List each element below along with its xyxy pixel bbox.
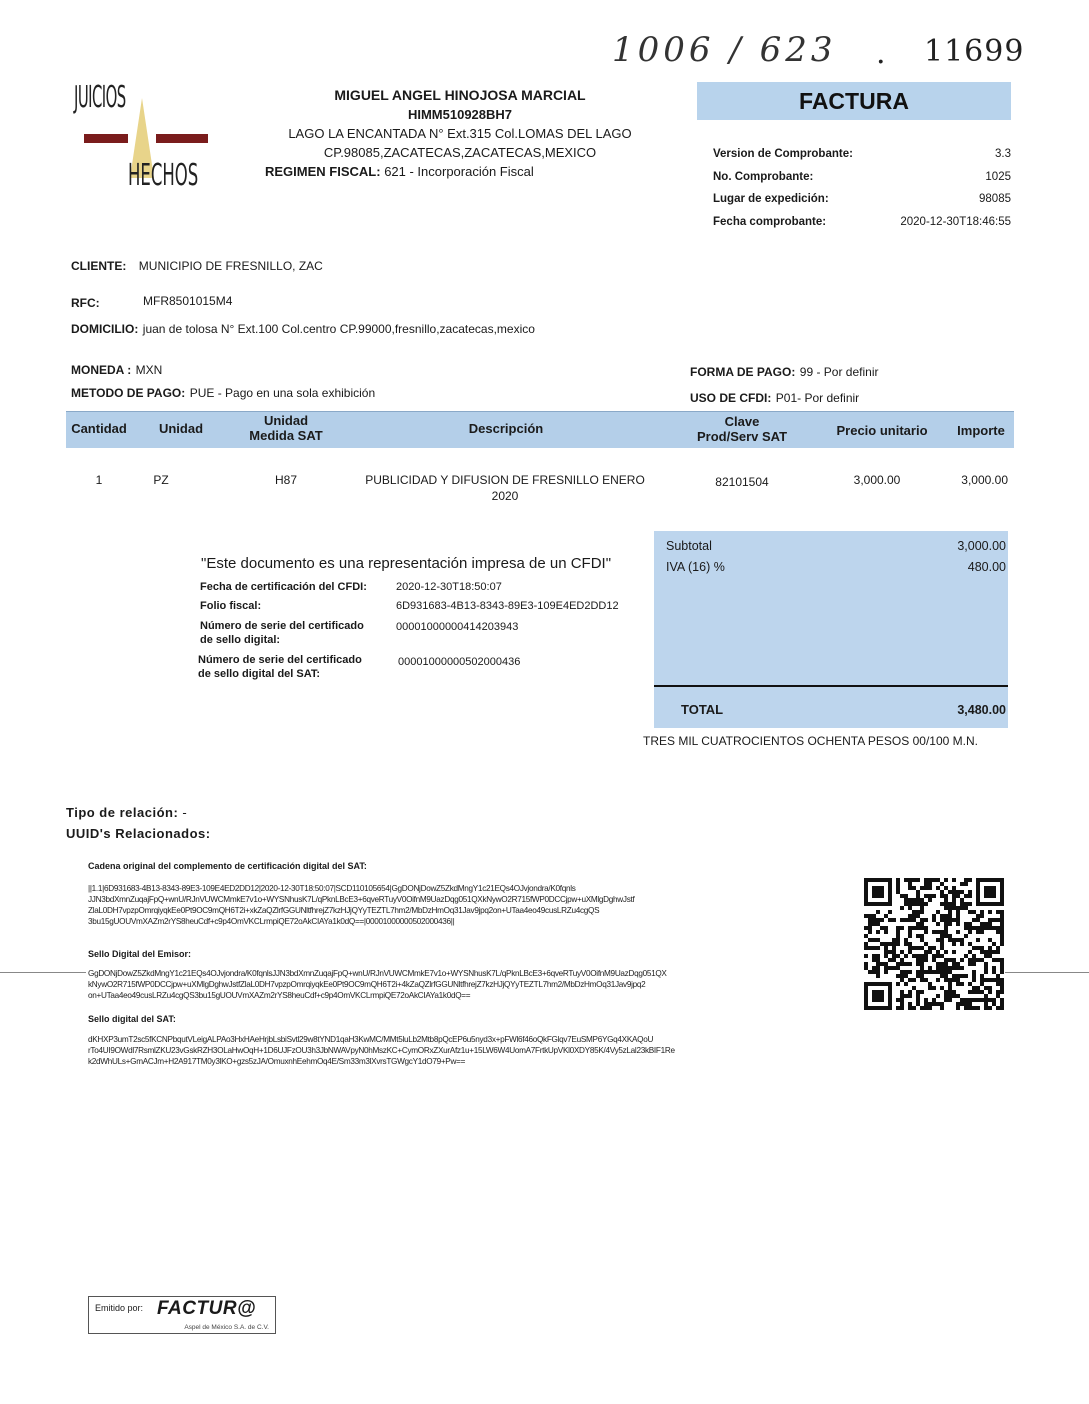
tipo-relacion-label: Tipo de relación: bbox=[66, 805, 178, 820]
items-table-header: Cantidad Unidad Unidad Medida SAT Descri… bbox=[66, 411, 1014, 448]
iva-value: 480.00 bbox=[968, 560, 1006, 574]
cert-folio-label: Folio fiscal: bbox=[200, 600, 261, 612]
cert-serie-sat-value: 00001000000502000436 bbox=[398, 656, 520, 668]
logo-bar-left bbox=[84, 134, 128, 143]
client-row: CLIENTE: MUNICIPIO DE FRESNILLO, ZAC bbox=[71, 257, 323, 275]
facture-brand-logo: FACTUR@ bbox=[157, 1298, 256, 1320]
handwritten-annotation: 1006 / 623 bbox=[612, 30, 837, 70]
cell-cantidad: 1 bbox=[66, 472, 132, 488]
domicilio-value: juan de tolosa N° Ext.100 Col.centro CP.… bbox=[143, 322, 535, 336]
table-row: 1 PZ H87 PUBLICIDAD Y DIFUSION DE FRESNI… bbox=[66, 472, 1014, 512]
cert-label: de sello digital: bbox=[200, 633, 364, 647]
th-descripcion: Descripción bbox=[406, 421, 606, 436]
tipo-relacion-value: - bbox=[182, 805, 187, 820]
meta-value: 98085 bbox=[979, 193, 1011, 205]
meta-row-numero: No. Comprobante: 1025 bbox=[713, 166, 1011, 189]
cert-serie-label: Número de serie del certificado de sello… bbox=[200, 619, 364, 647]
cadena-line: ZlaL0DH7vpzpOmrqiyqkEe0Pt9OC9mQH6T2i+xkZ… bbox=[88, 905, 634, 916]
cadena-original: ||1.1|6D931683-4B13-8343-89E3-109E4ED2DD… bbox=[88, 883, 634, 927]
scan-line bbox=[0, 972, 86, 973]
stamp-dot: . bbox=[876, 36, 887, 71]
totals-divider bbox=[654, 685, 1008, 687]
cell-clave: 82101504 bbox=[686, 474, 798, 490]
metodo-label: METODO DE PAGO: bbox=[71, 386, 185, 400]
forma-row: FORMA DE PAGO: 99 - Por definir bbox=[690, 363, 878, 381]
client-domicilio-row: DOMICILIO: juan de tolosa N° Ext.100 Col… bbox=[71, 320, 535, 338]
total-value: 3,480.00 bbox=[957, 703, 1006, 717]
cell-precio: 3,000.00 bbox=[818, 472, 936, 488]
cert-fecha-label: Fecha de certificación del CFDI: bbox=[200, 581, 367, 593]
meta-row-fecha: Fecha comprobante: 2020-12-30T18:46:55 bbox=[713, 211, 1011, 234]
issuer-regimen: REGIMEN FISCAL: 621 - Incorporación Fisc… bbox=[255, 162, 665, 181]
stamp-number: 11699 bbox=[924, 34, 1024, 69]
sello-sat-line: dKHXP3umT2sc5fKCNPbqutVLeigALPAo3HxHAeHr… bbox=[88, 1034, 675, 1045]
th-clave-line1: Clave bbox=[686, 414, 798, 429]
cert-folio-value: 6D931683-4B13-8343-89E3-109E4ED2DD12 bbox=[396, 600, 619, 612]
th-unidad-sat: Unidad Medida SAT bbox=[236, 413, 336, 443]
issuer-address-line2: CP.98085,ZACATECAS,ZACATECAS,MEXICO bbox=[255, 143, 665, 162]
cert-fecha-value: 2020-12-30T18:50:07 bbox=[396, 581, 502, 593]
th-unidad: Unidad bbox=[146, 421, 216, 436]
forma-label: FORMA DE PAGO: bbox=[690, 365, 795, 379]
emitido-label: Emitido por: bbox=[95, 1303, 143, 1313]
issuer-address-line1: LAGO LA ENCANTADA N° Ext.315 Col.LOMAS D… bbox=[255, 124, 665, 143]
document-meta: Version de Comprobante: 3.3 No. Comproba… bbox=[713, 143, 1011, 233]
sello-sat-line: rTo4UI9OWdl7RsmlZKU23vGskRZH3OLaHwOqH+1D… bbox=[88, 1045, 675, 1056]
qr-code-icon bbox=[864, 877, 1004, 1011]
metodo-value: PUE - Pago en una sola exhibición bbox=[190, 386, 375, 400]
amount-in-words: TRES MIL CUATROCIENTOS OCHENTA PESOS 00/… bbox=[643, 734, 978, 748]
sello-emisor-title: Sello Digital del Emisor: bbox=[88, 949, 191, 959]
moneda-value: MXN bbox=[136, 363, 163, 377]
cfdi-disclaimer: "Este documento es una representación im… bbox=[201, 555, 611, 572]
uso-value: P01- Por definir bbox=[776, 391, 859, 405]
company-logo: JUICIOS HECHOS bbox=[70, 80, 220, 200]
cert-serie-value: 00001000000414203943 bbox=[396, 621, 518, 633]
cadena-line: JJN3bdXmnZuqajFpQ+wnU/RJnVUWCMmkE7v1o+WY… bbox=[88, 894, 634, 905]
domicilio-label: DOMICILIO: bbox=[71, 322, 138, 336]
metodo-row: METODO DE PAGO: PUE - Pago en una sola e… bbox=[71, 384, 375, 402]
tipo-relacion: Tipo de relación: - bbox=[66, 805, 187, 820]
moneda-label: MONEDA : bbox=[71, 363, 131, 377]
meta-label: Version de Comprobante: bbox=[713, 148, 853, 160]
cert-label: Folio fiscal: bbox=[200, 600, 261, 612]
qr-code bbox=[864, 877, 1004, 1011]
subtotal-label: Subtotal bbox=[666, 539, 712, 553]
sello-emisor: GgDONjDowZ5ZkdMngY1c21EQs4OJvjondra/K0fq… bbox=[88, 968, 667, 1001]
client-rfc-row: RFC: bbox=[71, 294, 100, 312]
meta-label: Lugar de expedición: bbox=[713, 193, 829, 205]
client-value: MUNICIPIO DE FRESNILLO, ZAC bbox=[139, 259, 323, 273]
logo-text-bottom: HECHOS bbox=[128, 158, 198, 193]
client-rfc-label: RFC: bbox=[71, 296, 100, 310]
cadena-title: Cadena original del complemento de certi… bbox=[88, 861, 367, 871]
meta-value: 2020-12-30T18:46:55 bbox=[900, 216, 1011, 228]
moneda-row: MONEDA : MXN bbox=[71, 361, 162, 379]
client-rfc-value: MFR8501015M4 bbox=[143, 294, 232, 308]
th-importe: Importe bbox=[948, 423, 1014, 438]
totals-box: Subtotal 3,000.00 IVA (16) % 480.00 TOTA… bbox=[654, 531, 1008, 728]
cell-unidad-sat: H87 bbox=[236, 472, 336, 488]
th-clave: Clave Prod/Serv SAT bbox=[686, 414, 798, 444]
emitido-company: Aspel de México S.A. de C.V. bbox=[184, 1324, 269, 1331]
client-label: CLIENTE: bbox=[71, 259, 126, 273]
cell-importe: 3,000.00 bbox=[946, 472, 1008, 488]
sello-emisor-line: GgDONjDowZ5ZkdMngY1c21EQs4OJvjondra/K0fq… bbox=[88, 968, 667, 979]
meta-row-version: Version de Comprobante: 3.3 bbox=[713, 143, 1011, 166]
sello-emisor-line: kNywO2R715fWP0DCCjpw+uXMlgDghwJstfZlaL0D… bbox=[88, 979, 667, 990]
sello-sat-line: k2dWhULs+GmACJm+H2A917TM0y3lKO+gzs5zJA/O… bbox=[88, 1056, 675, 1067]
sello-emisor-line: on+UTaa4eo49cusLRZu4cgQS3bu15gUOUVmXAZm2… bbox=[88, 990, 667, 1001]
cadena-line: 3bu15gUOUVmXAZm2rYS8heuCdf+c9p4OmVKCLrmp… bbox=[88, 916, 634, 927]
issuer-name: MIGUEL ANGEL HINOJOSA MARCIAL bbox=[255, 86, 665, 105]
document-title: FACTURA bbox=[697, 82, 1011, 120]
forma-value: 99 - Por definir bbox=[800, 365, 879, 379]
cert-serie-sat-label: Número de serie del certificado de sello… bbox=[198, 653, 362, 681]
scan-line bbox=[1005, 972, 1089, 973]
sello-sat: dKHXP3umT2sc5fKCNPbqutVLeigALPAo3HxHAeHr… bbox=[88, 1034, 675, 1067]
th-precio: Precio unitario bbox=[818, 423, 946, 438]
cert-label: Número de serie del certificado bbox=[198, 653, 362, 667]
meta-value: 3.3 bbox=[995, 148, 1011, 160]
cert-label: Número de serie del certificado bbox=[200, 619, 364, 633]
th-unidad-sat-line1: Unidad bbox=[236, 413, 336, 428]
logo-bar-right bbox=[156, 134, 208, 143]
iva-label: IVA (16) % bbox=[666, 560, 725, 574]
cell-unidad: PZ bbox=[126, 472, 196, 488]
uuids-relacionados-label: UUID's Relacionados: bbox=[66, 826, 211, 841]
uso-row: USO DE CFDI: P01- Por definir bbox=[690, 389, 859, 407]
meta-value: 1025 bbox=[985, 171, 1011, 183]
th-clave-line2: Prod/Serv SAT bbox=[686, 429, 798, 444]
uso-label: USO DE CFDI: bbox=[690, 391, 771, 405]
meta-row-lugar: Lugar de expedición: 98085 bbox=[713, 188, 1011, 211]
cell-descripcion-line2: 2020 bbox=[346, 488, 664, 504]
cell-descripcion-line1: PUBLICIDAD Y DIFUSION DE FRESNILLO ENERO bbox=[346, 472, 664, 488]
cadena-line: ||1.1|6D931683-4B13-8343-89E3-109E4ED2DD… bbox=[88, 883, 634, 894]
issuer-block: MIGUEL ANGEL HINOJOSA MARCIAL HIMM510928… bbox=[255, 86, 665, 181]
meta-label: No. Comprobante: bbox=[713, 171, 813, 183]
cell-descripcion: PUBLICIDAD Y DIFUSION DE FRESNILLO ENERO… bbox=[346, 472, 664, 504]
sello-sat-title: Sello digital del SAT: bbox=[88, 1014, 176, 1024]
regimen-label: REGIMEN FISCAL: bbox=[265, 164, 381, 179]
cert-label: de sello digital del SAT: bbox=[198, 667, 362, 681]
cert-label: Fecha de certificación del CFDI: bbox=[200, 581, 367, 593]
issuer-rfc: HIMM510928BH7 bbox=[255, 105, 665, 124]
subtotal-value: 3,000.00 bbox=[957, 539, 1006, 553]
th-cantidad: Cantidad bbox=[66, 421, 132, 436]
emitido-por-badge: Emitido por: FACTUR@ Aspel de México S.A… bbox=[88, 1296, 276, 1334]
total-label: TOTAL bbox=[681, 702, 723, 717]
meta-label: Fecha comprobante: bbox=[713, 216, 826, 228]
logo-text-top: JUICIOS bbox=[74, 80, 126, 115]
regimen-value: 621 - Incorporación Fiscal bbox=[384, 164, 534, 179]
th-unidad-sat-line2: Medida SAT bbox=[236, 428, 336, 443]
